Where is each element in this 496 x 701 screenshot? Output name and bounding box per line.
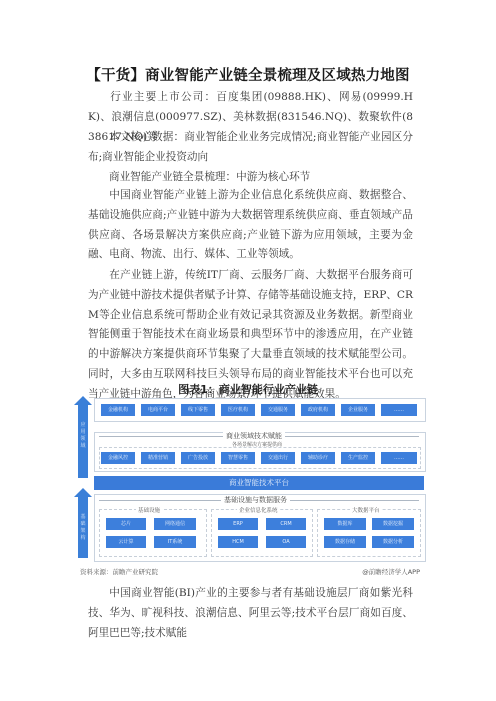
group-big-data-platform: 大数据平台 数据库 数据挖掘 数据存储 数据分析 [317,509,421,557]
tech-chip: 生产监控 [341,452,375,464]
app-chip: 金融机构 [101,404,135,416]
paragraph-chain-overview: 中国商业智能产业链上游为企业信息化系统供应商、数据整合、基础设施供应商;产业链中… [88,186,413,265]
tech-chip: 辅助诊疗 [301,452,335,464]
document-page: 【干货】商业智能产业链全景梳理及区域热力地图 行业主要上市公司：百度集团(098… [0,0,496,701]
app-chip: 企业服务 [341,404,375,416]
tech-chip: 智慧零售 [221,452,255,464]
tech-enablement-title: 商业领域技术赋能 [223,431,285,441]
app-chip: 交通服务 [261,404,295,416]
app-chip: 医疗机构 [221,404,255,416]
tech-chip: …… [381,452,417,464]
paragraph-core-data: 本文核心数据：商业智能企业业务完成情况;商业智能产业园区分布;商业智能企业投资动… [88,128,413,168]
infrastructure-title: 基础设施与数据服务 [221,495,290,505]
tech-chip: 金融风控 [101,452,135,464]
arrow-up-icon: 应用领域 [78,404,88,478]
group-infrastructure: 基础设施 芯片 网络通信 云计算 IT系统 [99,509,207,557]
tech-enablement-box: 商业领域技术赋能 各场景解决方案提供商 金融风控 精准营销 广告投放 智慧零售 … [94,432,426,472]
figure-title: 图表1：商业智能行业产业链 [0,381,496,397]
platform-band: 商业智能技术平台 [94,476,424,490]
arrow-up-icon: 基础架构 [78,496,88,558]
paragraph-section-heading: 商业智能产业链全景梳理：中游为核心环节 [88,168,413,188]
figure-source: 资料来源：前瞻产业研究院 [80,567,158,576]
paragraph-bi-participants: 中国商业智能(BI)产业的主要参与者有基础设施层厂商如紫光科技、华为、旷视科技、… [88,584,413,643]
figure-watermark: @前瞻经济学人APP [362,567,420,576]
application-layer-box: 金融机构 电商平台 线下零售 医疗机构 交通服务 政府机构 企业服务 …… [94,398,426,422]
app-chip: …… [381,404,417,416]
app-chip: 线下零售 [181,404,215,416]
industry-chain-diagram: 应用领域 基础架构 金融机构 电商平台 线下零售 医疗机构 交通服务 政府机构 … [74,396,426,564]
tech-chip: 精准营销 [141,452,175,464]
app-chip: 电商平台 [141,404,175,416]
infrastructure-box: 基础设施与数据服务 基础设施 芯片 网络通信 云计算 IT系统 企业信息化系统 … [94,494,426,562]
app-chip: 政府机构 [301,404,335,416]
tech-chip: 交通出行 [261,452,295,464]
group-enterprise-systems: 企业信息化系统 ERP CRM HCM OA [211,509,313,557]
tech-chip: 广告投放 [181,452,215,464]
article-title: 【干货】商业智能产业链全景梳理及区域热力地图 [0,64,496,85]
